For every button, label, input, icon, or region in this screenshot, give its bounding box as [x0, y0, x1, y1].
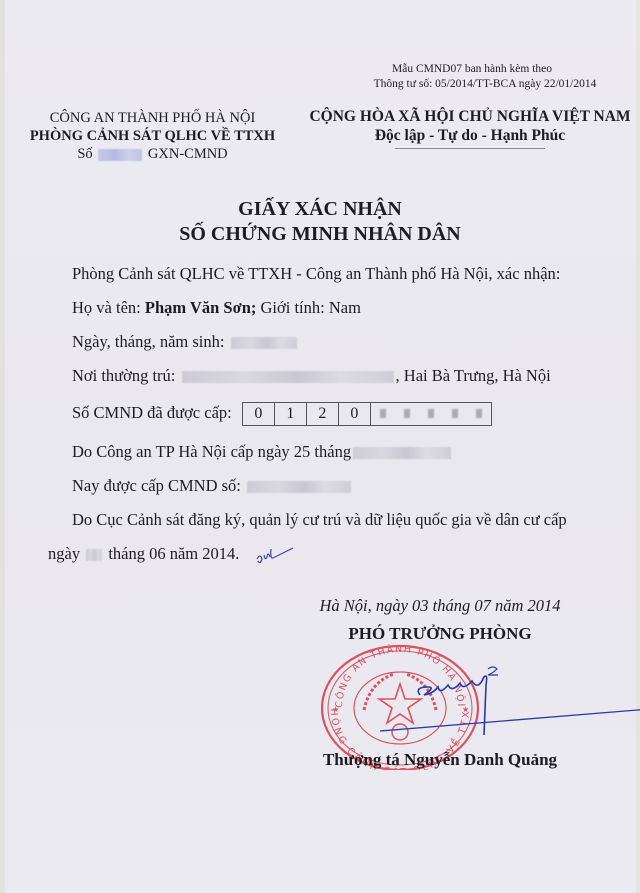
handwritten-signature-icon — [380, 655, 640, 765]
old-id-digit-redacted — [371, 403, 395, 425]
new-issuer-day-prefix: ngày — [48, 544, 80, 563]
new-id-redacted — [247, 481, 351, 493]
paper-edge-left — [0, 0, 5, 893]
agency-name: CÔNG AN THÀNH PHỐ HÀ NỘI — [20, 110, 285, 127]
document-number-redacted — [98, 149, 142, 161]
department-name: PHÒNG CẢNH SÁT QLHC VỀ TTXH — [20, 128, 285, 145]
document-title-line2: SỐ CHỨNG MINH NHÂN DÂN — [0, 223, 640, 246]
form-note-line1: Mẫu CMND07 ban hành kèm theo — [372, 62, 572, 77]
issued-by-line: Do Công an TP Hà Nội cấp ngày 25 tháng — [72, 442, 453, 462]
old-id-digit-redacted — [443, 403, 467, 425]
old-id-digit: 0 — [243, 403, 275, 425]
document-number-suffix: GXN-CMND — [148, 146, 228, 162]
new-issuer-line2: ngày tháng 06 năm 2014. — [48, 544, 239, 564]
document-number: Số GXN-CMND — [20, 146, 285, 163]
old-id-digit-redacted — [467, 403, 491, 425]
document-number-prefix: Số — [77, 146, 92, 162]
country-name: CỘNG HÒA XÃ HỘI CHỦ NGHĨA VIỆT NAM — [300, 108, 640, 126]
new-issuer-line2-rest: tháng 06 năm 2014. — [108, 544, 239, 563]
new-id-line: Nay được cấp CMND số: — [72, 476, 353, 496]
dob-redacted — [231, 337, 297, 349]
issued-by-text: Do Công an TP Hà Nội cấp ngày 25 tháng — [72, 442, 351, 461]
old-id-label: Số CMND đã được cấp: — [72, 403, 232, 422]
place-date: Hà Nội, ngày 03 tháng 07 năm 2014 — [300, 596, 580, 616]
old-id-digit-redacted — [419, 403, 443, 425]
svg-text:★: ★ — [332, 705, 339, 714]
gender-value: Nam — [329, 298, 361, 317]
residence-redacted — [182, 371, 394, 383]
old-id-digit-redacted — [395, 403, 419, 425]
residence-suffix: , Hai Bà Trưng, Hà Nội — [396, 366, 551, 385]
issued-by-redacted — [353, 447, 451, 459]
new-id-label: Nay được cấp CMND số: — [72, 476, 241, 495]
name-line: Họ và tên: Phạm Văn Sơn; Giới tính: Nam — [72, 298, 361, 318]
old-id-digit: 0 — [339, 403, 371, 425]
national-motto: Độc lập - Tự do - Hạnh Phúc — [300, 127, 640, 145]
form-note-line2: Thông tư số: 05/2014/TT-BCA ngày 22/01/2… — [340, 77, 630, 92]
old-id-digit: 1 — [275, 403, 307, 425]
name-value: Phạm Văn Sơn; — [145, 298, 257, 317]
document-page: Mẫu CMND07 ban hành kèm theo Thông tư số… — [0, 0, 640, 893]
name-label: Họ và tên: — [72, 298, 141, 317]
old-id-line: Số CMND đã được cấp: 0120 — [72, 402, 492, 426]
new-issuer-line1: Do Cục Cảnh sát đăng ký, quản lý cư trú … — [72, 510, 567, 530]
document-title-line1: GIẤY XÁC NHẬN — [0, 198, 640, 221]
handwritten-initials-icon — [255, 545, 295, 567]
motto-underline — [395, 148, 545, 149]
intro-line: Phòng Cảnh sát QLHC về TTXH - Công an Th… — [72, 264, 560, 284]
residence-label: Nơi thường trú: — [72, 366, 175, 385]
dob-label: Ngày, tháng, năm sinh: — [72, 332, 224, 351]
old-id-digit-boxes: 0120 — [242, 402, 492, 426]
residence-line: Nơi thường trú: , Hai Bà Trưng, Hà Nội — [72, 366, 551, 386]
new-issuer-day-redacted — [86, 549, 102, 561]
gender-label: Giới tính: — [261, 298, 325, 317]
dob-line: Ngày, tháng, năm sinh: — [72, 332, 299, 352]
old-id-digit: 2 — [307, 403, 339, 425]
